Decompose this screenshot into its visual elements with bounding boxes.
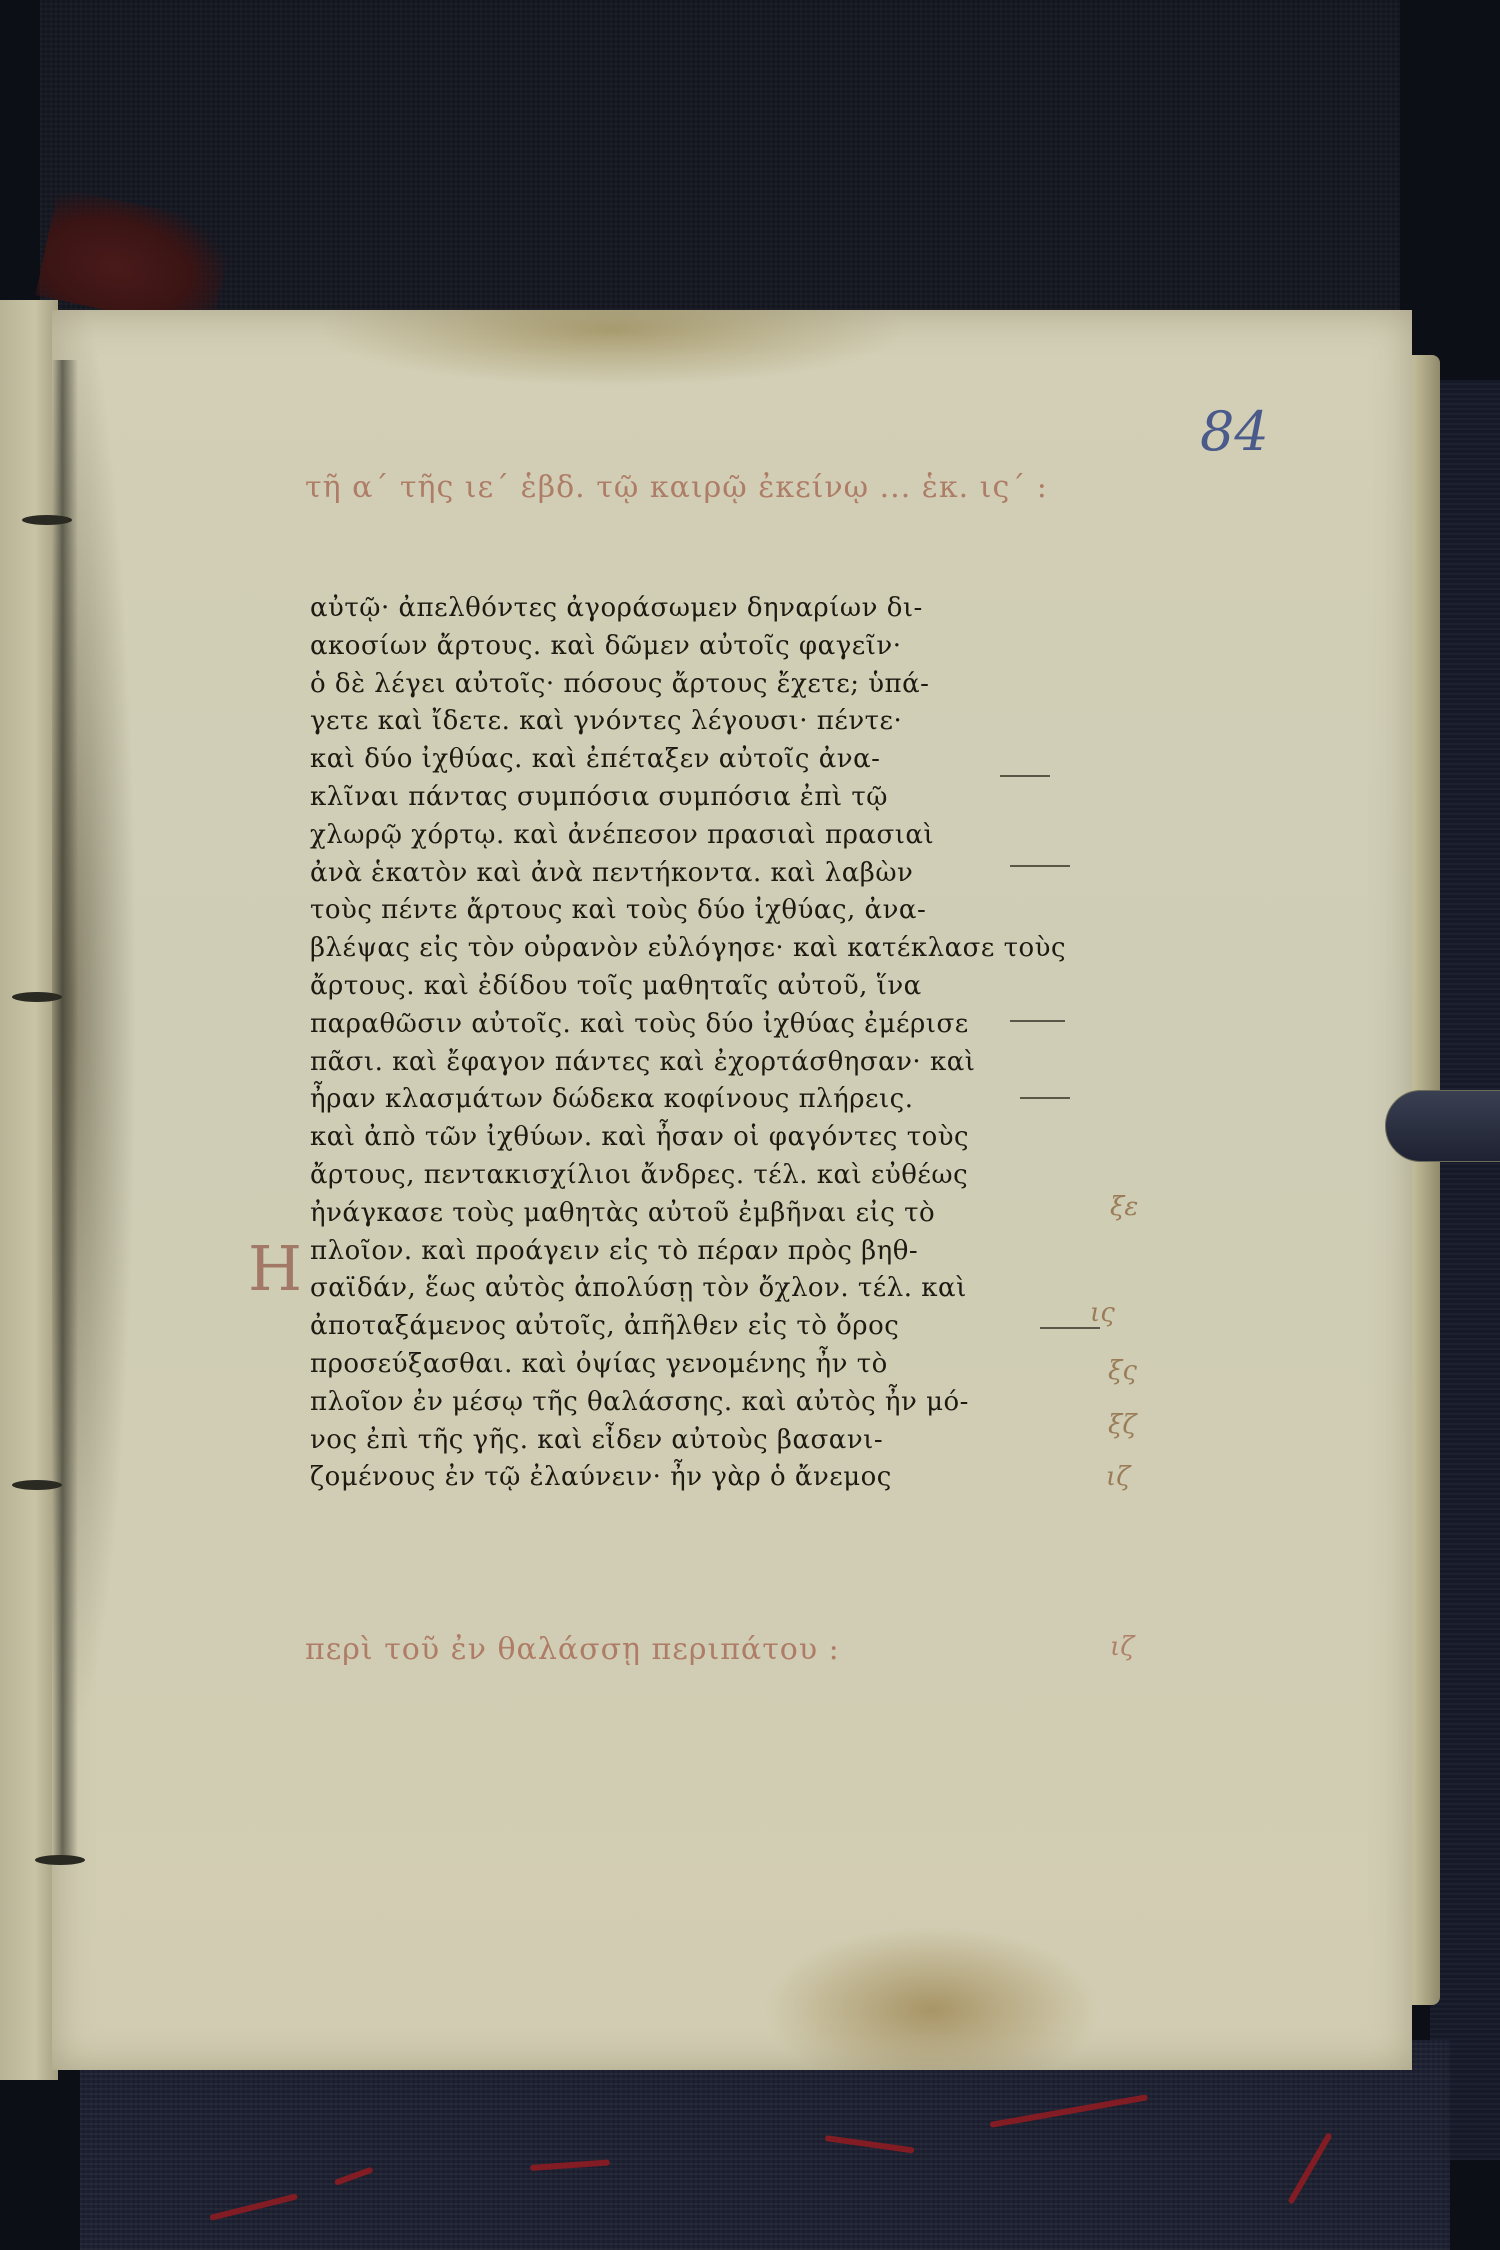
text-line: παραθῶσιν αὐτοῖς. καὶ τοὺς δύο ἰχθύας ἐμ… — [310, 1006, 1070, 1044]
marginal-numeral: ξς — [1108, 1356, 1137, 1386]
text-line: καὶ ἀπὸ τῶν ἰχθύων. καὶ ἦσαν οἱ φαγόντες… — [310, 1119, 1070, 1157]
line-filler-stroke — [1010, 1020, 1065, 1022]
text-line: ἦραν κλασμάτων δώδεκα κοφίνους πλήρεις. — [310, 1081, 1070, 1119]
text-line: καὶ δύο ἰχθύας. καὶ ἐπέταξεν αὐτοῖς ἀνα- — [310, 741, 1070, 779]
footer-marginal-numeral: ιζ — [1110, 1632, 1134, 1662]
main-text-block: αὐτῷ· ἀπελθόντες ἀγοράσωμεν δηναρίων δι-… — [310, 590, 1070, 1497]
red-thread — [209, 2193, 298, 2221]
text-line: προσεύξασθαι. καὶ ὀψίας γενομένης ἦν τὸ — [310, 1346, 1070, 1384]
footer-rubric: περὶ τοῦ ἐν θαλάσσῃ περιπάτου : — [305, 1632, 840, 1667]
text-line: κλῖναι πάντας συμπόσια συμπόσια ἐπὶ τῷ — [310, 779, 1070, 817]
rubricated-initial: Η — [248, 1232, 302, 1305]
binding-cloth-right — [1430, 380, 1500, 2160]
red-thread — [530, 2159, 610, 2171]
text-line: χλωρῷ χόρτῳ. καὶ ἀνέπεσον πρασιαὶ πρασια… — [310, 817, 1070, 855]
line-filler-stroke — [1010, 865, 1070, 867]
text-line: ἀποταξάμενος αὐτοῖς, ἀπῆλθεν εἰς τὸ ὄρος — [310, 1308, 1070, 1346]
text-line: σαϊδάν, ἕως αὐτὸς ἀπολύσῃ τὸν ὄχλον. τέλ… — [310, 1270, 1070, 1308]
text-line: ζομένους ἐν τῷ ἐλαύνειν· ἦν γὰρ ὁ ἄνεμος — [310, 1459, 1070, 1497]
text-line: πλοῖον. καὶ προάγειν εἰς τὸ πέραν πρὸς β… — [310, 1233, 1070, 1271]
text-line: γετε καὶ ἴδετε. καὶ γνόντες λέγουσι· πέν… — [310, 703, 1070, 741]
red-thread — [989, 2094, 1148, 2128]
folio-number: 84 — [1200, 400, 1269, 463]
marginal-numeral: ξζ — [1108, 1410, 1136, 1440]
text-line: αὐτῷ· ἀπελθόντες ἀγοράσωμεν δηναρίων δι- — [310, 590, 1070, 628]
binding-cloth-top — [40, 0, 1400, 330]
binding-stitch — [12, 1480, 62, 1490]
gutter-shadow — [52, 360, 78, 1860]
red-thread — [825, 2135, 915, 2153]
text-line: πᾶσι. καὶ ἔφαγον πάντες καὶ ἐχορτάσθησαν… — [310, 1044, 1070, 1082]
marginal-numeral: ξε — [1110, 1192, 1138, 1222]
text-line: νος ἐπὶ τῆς γῆς. καὶ εἶδεν αὐτοὺς βασανι… — [310, 1422, 1070, 1460]
red-thread — [334, 2167, 374, 2186]
marginal-numeral: ις — [1090, 1298, 1115, 1328]
binding-stitch — [35, 1855, 85, 1865]
marginal-numeral: ιζ — [1106, 1462, 1130, 1492]
binding-cloth-bottom — [80, 2040, 1450, 2250]
line-filler-stroke — [1020, 1097, 1070, 1099]
facing-page-edge — [0, 300, 58, 2080]
text-line: ἀνὰ ἑκατὸν καὶ ἀνὰ πεντήκοντα. καὶ λαβὼν — [310, 855, 1070, 893]
text-line: ακοσίων ἄρτους. καὶ δῶμεν αὐτοῖς φαγεῖν· — [310, 628, 1070, 666]
red-thread — [1287, 2132, 1332, 2204]
binding-stitch — [12, 992, 62, 1002]
text-line: ὁ δὲ λέγει αὐτοῖς· πόσους ἄρτους ἔχετε; … — [310, 666, 1070, 704]
text-line: ἄρτους. καὶ ἐδίδου τοῖς μαθηταῖς αὐτοῦ, … — [310, 968, 1070, 1006]
text-line: πλοῖον ἐν μέσῳ τῆς θαλάσσης. καὶ αὐτὸς ἦ… — [310, 1384, 1070, 1422]
text-line: ἄρτους, πεντακισχίλιοι ἄνδρες. τέλ. καὶ … — [310, 1157, 1070, 1195]
text-line: ἠνάγκασε τοὺς μαθητὰς αὐτοῦ ἐμβῆναι εἰς … — [310, 1195, 1070, 1233]
header-rubric: τῆ α´ τῆς ιε´ ἑβδ. τῷ καιρῷ ἐκείνῳ ... ἑ… — [305, 470, 1048, 505]
binding-stitch — [22, 515, 72, 525]
text-line: τοὺς πέντε ἄρτους καὶ τοὺς δύο ἰχθύας, ἀ… — [310, 892, 1070, 930]
page-tab-marker — [1385, 1090, 1500, 1162]
line-filler-stroke — [1000, 775, 1050, 777]
text-line: βλέψας εἰς τὸν οὐρανὸν εὐλόγησε· καὶ κατ… — [310, 930, 1070, 968]
